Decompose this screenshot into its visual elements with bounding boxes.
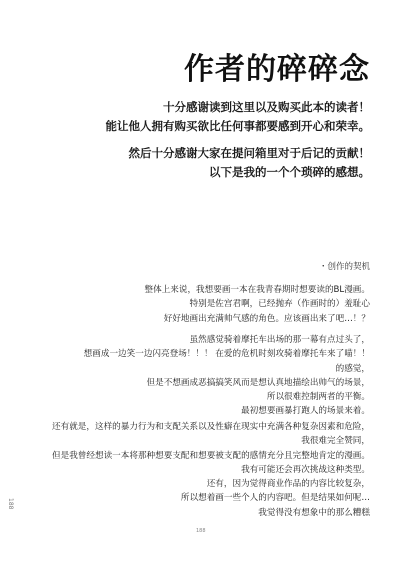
body-line: 虽然感觉骑着摩托车出场的那一幕有点过头了， — [84, 333, 370, 347]
body-line: 的感觉， — [84, 362, 370, 376]
body-line: 我很难完全赞同， — [52, 434, 370, 448]
body-paragraph-1: 整体上来说，我想要画一本在我青春期时想要读的BL漫画。 特别是佐宫君啊，已经抛弃… — [144, 283, 370, 326]
body-line: 还有就是，这样的暴力行为和支配关系以及性癖在现实中充满各种复杂因素和危险， — [52, 420, 370, 434]
intro-line: 以下是我的一个个琐碎的感想。 — [106, 163, 371, 182]
body-line: 我觉得没有想象中的那么糟糕 — [52, 506, 370, 520]
body-line: 但是我曾经想读一本将那种想要支配和想要被支配的感情充分且完整地肯定的漫画。 — [52, 449, 370, 463]
body-line: 想画成一边笑一边闪亮登场！！！ 在爱的危机时刻攻骑着摩托车来了喵！！ — [84, 347, 370, 361]
body-line: 最初想要画暴打跑人的场景来着。 — [84, 404, 370, 418]
body-line: 我有可能还会再次挑战这种类型。 — [52, 463, 370, 477]
body-paragraph-2: 虽然感觉骑着摩托车出场的那一幕有点过头了， 想画成一边笑一边闪亮登场！！！ 在爱… — [84, 333, 370, 419]
intro-line: 能让他人拥有购买欲比任何事都要感到开心和荣幸。 — [106, 117, 371, 136]
section-label: ・创作的契机 — [319, 260, 370, 272]
page-title: 作者的碎碎念 — [184, 44, 370, 88]
body-line: 但是不想画成恶搞搞笑风而是想认真地描绘出帅气的场景， — [84, 376, 370, 390]
body-line: 整体上来说，我想要画一本在我青春期时想要读的BL漫画。 — [144, 283, 370, 297]
intro-line: 十分感谢读到这里以及购买此本的读者！ — [106, 98, 371, 117]
body-line: 所以很难控制两者的平衡。 — [84, 390, 370, 404]
intro-line: 然后十分感谢大家在提问箱里对于后记的贡献！ — [106, 144, 371, 163]
body-line: 所以想着画一些个人的内容吧。但是结果如何呢… — [52, 491, 370, 505]
side-page-mark: 188 — [7, 498, 13, 534]
body-line: 特别是佐宫君啊，已经抛弃（作画时的）羞耻心 — [144, 297, 370, 311]
page-number: 188 — [196, 528, 206, 534]
body-line: 好好地画出充满帅气感的角色。应该画出来了吧…！？ — [144, 312, 370, 326]
intro-block: 十分感谢读到这里以及购买此本的读者！ 能让他人拥有购买欲比任何事都要感到开心和荣… — [106, 98, 371, 182]
body-line: 还有，因为觉得商业作品的内容比较复杂， — [52, 477, 370, 491]
body-paragraph-3: 还有就是，这样的暴力行为和支配关系以及性癖在现实中充满各种复杂因素和危险， 我很… — [52, 420, 370, 520]
